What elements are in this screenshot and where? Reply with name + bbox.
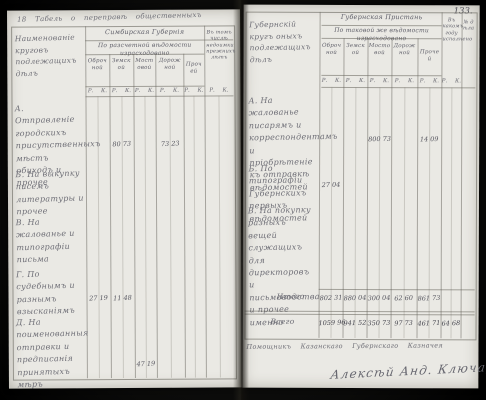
column-header: Оброчной <box>86 58 108 72</box>
table-cell-value: 11 48 <box>111 294 133 303</box>
span-title: Губернская Пристань <box>322 13 442 22</box>
signature: Алексѣй Анд. Ключаревъ <box>330 359 486 382</box>
side-column-header: Въ томъ числѣ недоимки прежнихъ лѣтъ <box>206 29 232 60</box>
table-cell-value: 47 19 <box>136 359 156 368</box>
column-header: Дорожной <box>157 58 182 72</box>
unit-label: Р. К. <box>109 88 133 94</box>
unit-label: Р. К. <box>319 78 343 84</box>
left-page: 18 Табель о переправѣ общественныхъ Наим… <box>7 9 242 388</box>
column-header: Оброчной <box>320 43 342 57</box>
totals-vsego-label: Всего <box>270 315 316 327</box>
right-page: 133. Губернскій кругъ оныхъ подлежащихъ … <box>242 5 479 389</box>
totals-value: 941 52 <box>343 319 365 328</box>
totals-value: 1059 96 <box>318 319 342 328</box>
unit-label: Р. К. <box>183 88 204 94</box>
totals-value: 350 73 <box>367 319 389 328</box>
stub-header: Наименованіе круговъ подлежащихъ дѣлъ <box>15 32 80 80</box>
column-header: Земской <box>344 43 366 57</box>
unit-label: Р. К. <box>133 88 155 94</box>
unit-label: Р. К. <box>367 78 391 84</box>
unit-label: Р. К. <box>391 78 417 84</box>
column-header: Дорожной <box>392 43 416 57</box>
row-label: В. На жалованье и типографіи письма <box>16 216 85 267</box>
table-cell-value: 80 73 <box>111 140 133 149</box>
column-header: Мостовой <box>134 58 154 72</box>
table-cell-value: 27 04 <box>320 181 342 190</box>
unit-label: Р. К. <box>204 87 233 93</box>
span-title: Симбирская Губернія <box>87 28 202 37</box>
document-scan: 18 Табель о переправѣ общественныхъ Наим… <box>0 0 486 400</box>
table-cell-value: 73 23 <box>157 139 184 148</box>
totals-value: 97 73 <box>391 319 415 328</box>
clerk-caption: Помощникъ Казанскаго Губернскаго Казначе… <box>246 340 472 352</box>
unit-label: Р. К. <box>85 88 109 94</box>
totals-itogo-label: Итого <box>277 290 317 302</box>
table-cell-value: 14 09 <box>418 135 440 144</box>
unit-label: Р. К. <box>343 78 367 84</box>
column-header: Земской <box>110 58 132 72</box>
page-title: 18 Табель о переправѣ общественныхъ <box>17 9 229 25</box>
table-cell-value: 800 73 <box>368 135 390 144</box>
row-label: Г. По судебнымъ и разнымъ взысканіямъ <box>16 268 85 319</box>
unit-label: Р. К. <box>441 78 461 84</box>
totals-value: 62 60 <box>392 294 416 303</box>
totals-value: 880 04 <box>344 294 366 303</box>
row-label: Б. На выкупку писемъ литературы и прочее <box>15 168 84 219</box>
totals-value: 64 68 <box>441 319 459 328</box>
totals-value: 802 31 <box>320 294 342 303</box>
table-cell-value: 27 19 <box>87 294 109 303</box>
stub-header: Губернскій кругъ оныхъ подлежащихъ дѣлъ <box>249 18 314 66</box>
totals-value: 300 04 <box>368 294 390 303</box>
row-label: Д. На поименованныя отправки и предписан… <box>16 316 86 392</box>
unit-label: Р. К. <box>155 88 183 94</box>
column-header: Прочей <box>418 49 440 63</box>
span-subtitle: По таковой же вѣдомости израсходовано <box>322 27 442 42</box>
unit-label: Р. К. <box>417 78 441 84</box>
totals-value: 461 71 <box>417 319 439 328</box>
edge-column-header: № дѣла <box>463 19 475 32</box>
totals-value: 861 73 <box>418 294 440 303</box>
side-column-header: Въ какомъ году исполнено <box>443 17 461 42</box>
column-header: Мостовой <box>368 43 390 57</box>
column-header: Прочей <box>184 62 203 76</box>
